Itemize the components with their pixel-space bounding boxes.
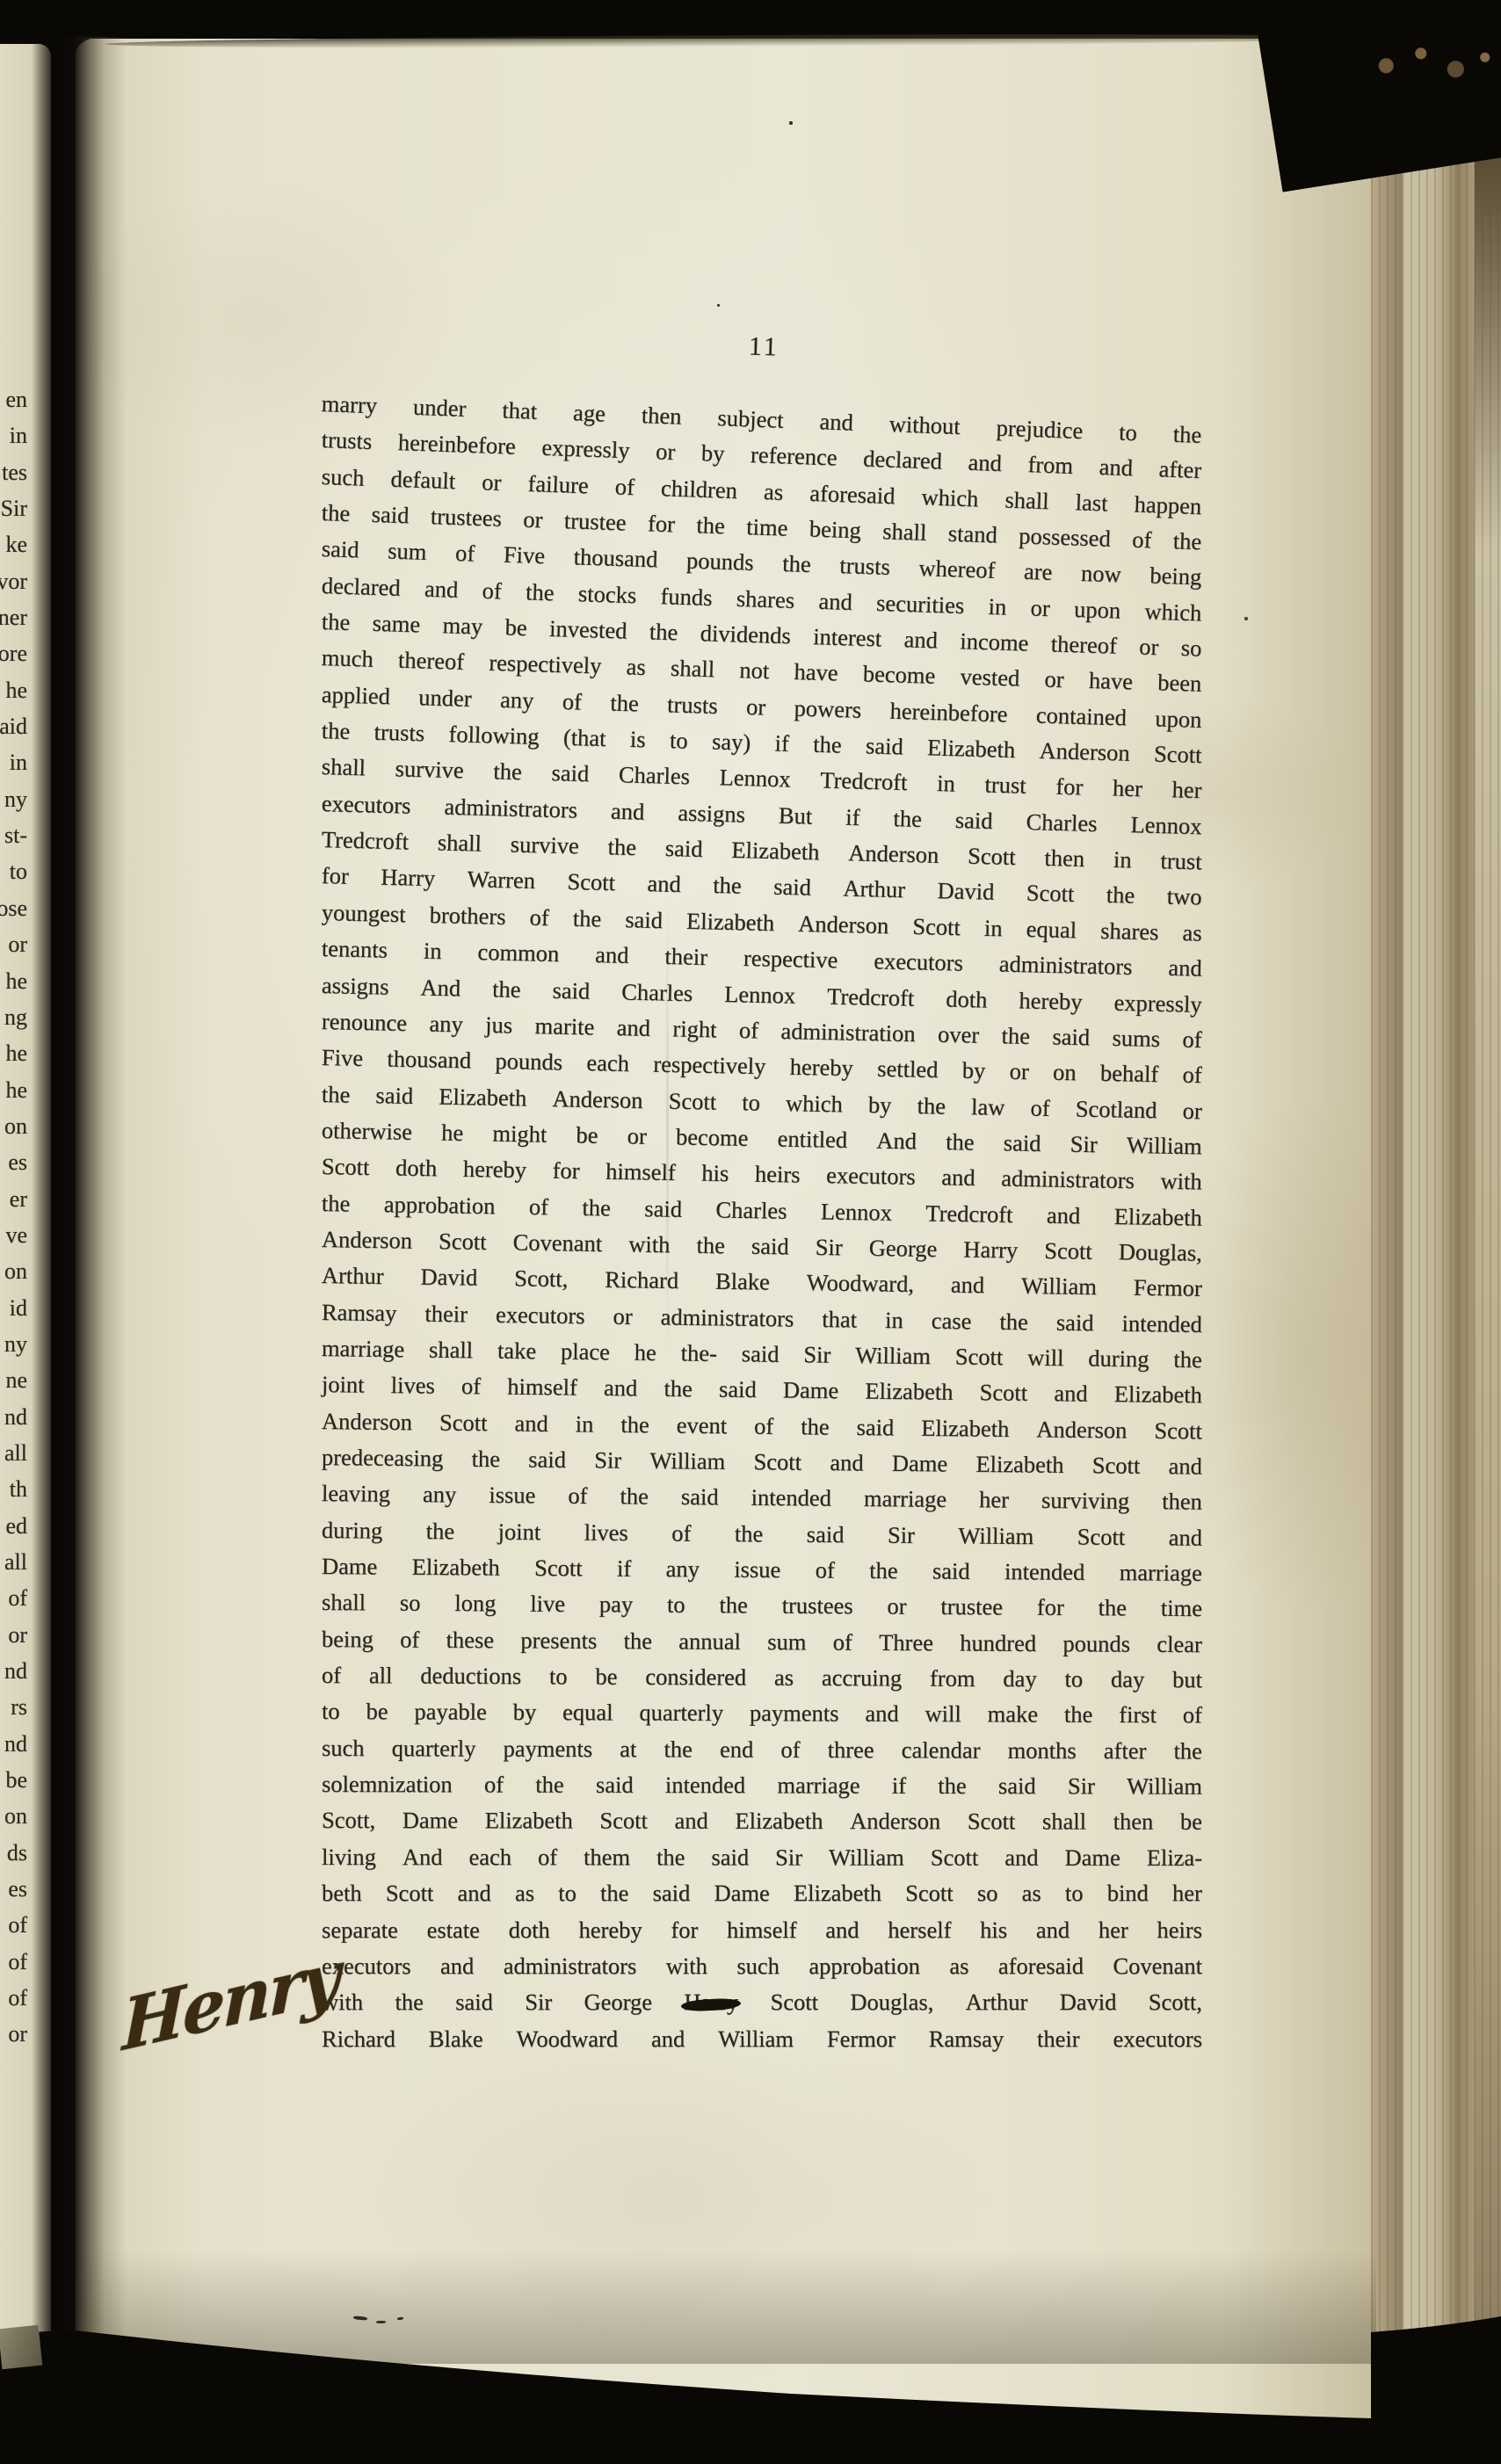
word: aforesaid [809, 480, 896, 510]
word: age [573, 400, 606, 428]
word: executors [874, 948, 963, 977]
word: behalf [1100, 1060, 1159, 1088]
word: and [595, 942, 629, 970]
backdrop-top-right [1250, 0, 1501, 192]
word: these [446, 1627, 494, 1654]
word: the [938, 1772, 966, 1800]
word: the [719, 1592, 748, 1620]
margin-fragment-39: be [0, 1762, 27, 1798]
word: the [610, 690, 639, 718]
word: Elizabeth [865, 1378, 953, 1406]
word: brothers [429, 902, 506, 931]
word: hereby [463, 1156, 527, 1184]
word: William [718, 2026, 794, 2053]
word: thousand [387, 1046, 471, 1075]
word: the [600, 1880, 628, 1907]
margin-fragment-8: ore [0, 635, 27, 671]
word: trust [1160, 848, 1202, 876]
word: equal [562, 1699, 613, 1727]
margin-fragment-11: in [0, 744, 27, 780]
margin-fragment-4: Sir [0, 490, 27, 526]
word: under [418, 684, 472, 713]
word: Harry [381, 864, 436, 893]
word: and [457, 1880, 490, 1907]
word: as [626, 654, 646, 682]
margin-fragment-7: ner [0, 599, 27, 635]
page-edge-band [1371, 51, 1403, 2336]
word: Anderson [552, 1085, 643, 1114]
word: and [1004, 1844, 1038, 1872]
scanned-book-photo: enintesSirkevorneroreheaidinnyst-tooseor… [0, 0, 1501, 2464]
margin-fragment-38: nd [0, 1726, 27, 1762]
word: thereof [1050, 631, 1117, 660]
margin-fragment-37: rs [0, 1689, 27, 1725]
word: be [595, 1663, 617, 1691]
word: happen [1134, 491, 1202, 521]
word: and [941, 1164, 975, 1192]
word: tenants [322, 936, 388, 965]
word: Douglas, [850, 1989, 933, 2016]
word: Anderson [850, 1808, 940, 1836]
word: said [866, 733, 904, 761]
word: payments [503, 1736, 592, 1763]
word: if [774, 730, 789, 757]
word: first [1119, 1702, 1157, 1729]
word: Ramsay [929, 2026, 1004, 2053]
word: her [1171, 777, 1202, 805]
word: the [395, 1989, 423, 2016]
page-edge-band [1455, 102, 1475, 2336]
ink-speck [717, 304, 720, 307]
margin-fragment-22: es [0, 1144, 27, 1180]
word: for [648, 511, 676, 539]
word: trustee [563, 508, 627, 537]
word: in [576, 1410, 594, 1438]
word: as [1182, 919, 1202, 947]
word: Arthur [322, 1263, 384, 1291]
word: solemnization [322, 1771, 453, 1798]
word: surviving [1041, 1488, 1129, 1516]
word: the [656, 1844, 685, 1871]
word: trustees [430, 503, 502, 533]
word: to [1119, 419, 1138, 447]
word: her [1172, 1880, 1202, 1907]
binding-debris [1367, 39, 1501, 88]
word: of [614, 473, 634, 501]
word: and [1169, 1524, 1203, 1551]
word: which [786, 1090, 843, 1118]
word: Dame [783, 1377, 839, 1405]
word: Scott [1154, 1417, 1202, 1446]
word: issue [734, 1556, 780, 1583]
word: Scott [599, 1808, 648, 1835]
word: herself [888, 1917, 951, 1944]
word: with [1160, 1168, 1202, 1196]
word: the [1173, 1737, 1201, 1765]
text-line-41: livingAndeachofthemthesaidSirWilliamScot… [322, 1835, 1202, 1872]
word: Sir [815, 1234, 842, 1261]
word: have [794, 659, 838, 687]
word: the [321, 717, 350, 745]
margin-fragments: enintesSirkevorneroreheaidinnyst-tooseor… [0, 381, 27, 2053]
word: Lennox [821, 1198, 892, 1226]
word: thousand [573, 544, 658, 574]
word: Richard [605, 1266, 678, 1294]
word: case [932, 1308, 972, 1336]
word: And [402, 1844, 443, 1871]
margin-fragment-19: he [0, 1035, 27, 1071]
word: Dame [714, 1880, 769, 1907]
word: the [526, 578, 555, 606]
word: following [448, 721, 540, 750]
word: approbation [809, 1953, 920, 1980]
margin-fragment-3: tes [0, 454, 27, 490]
word: Blake [429, 2026, 483, 2053]
word: so [977, 1880, 998, 1907]
word: the [620, 1483, 649, 1511]
word: But [778, 802, 812, 830]
word: the [782, 551, 811, 579]
word: hundred [960, 1629, 1036, 1657]
word: Anderson [1039, 737, 1130, 767]
word: shall [882, 518, 927, 547]
word: Elizabeth [927, 735, 1016, 765]
text-line-35: beingofthesepresentstheannualsumofThreeh… [322, 1617, 1202, 1658]
word: the [735, 1520, 764, 1547]
word: if [892, 1772, 906, 1800]
word: Scott [567, 869, 615, 897]
text-line-42: bethScottandastothesaidDameElizabethScot… [322, 1871, 1202, 1907]
word: of [568, 1482, 587, 1510]
word: be [366, 1699, 388, 1726]
word: shall [322, 1590, 366, 1617]
word: survive [510, 831, 579, 860]
word: have [1088, 668, 1133, 696]
word: of [400, 1627, 419, 1654]
word: any [665, 1555, 700, 1583]
text-line-40: Scott,DameElizabethScottandElizabethAnde… [322, 1798, 1202, 1836]
word: all [369, 1663, 393, 1690]
margin-fragment-36: nd [0, 1653, 27, 1689]
word: time [1161, 1595, 1202, 1622]
word: the [713, 873, 742, 901]
word: And [420, 974, 460, 1002]
word: and [1054, 1381, 1088, 1408]
word: intended [1004, 1558, 1084, 1586]
word: annual [678, 1628, 741, 1656]
word: or [887, 1593, 906, 1620]
word: Scott [1092, 1452, 1141, 1480]
word: the [471, 1446, 500, 1473]
word: Five [322, 1045, 364, 1073]
word: and [514, 1410, 548, 1437]
word: said [551, 760, 590, 788]
word: now [1081, 561, 1122, 589]
word: Sir [803, 1341, 830, 1368]
word: or [1009, 1058, 1029, 1085]
word: of [461, 1373, 481, 1401]
word: place [561, 1338, 610, 1366]
word: Anderson [1036, 1416, 1127, 1444]
word: of [538, 1844, 557, 1871]
word: then [1113, 1808, 1154, 1836]
margin-fragment-17: he [0, 963, 27, 999]
margin-fragment-34: of [0, 1580, 27, 1616]
word: otherwise [322, 1117, 413, 1146]
word: with [666, 1953, 707, 1980]
word: Arthur [966, 1989, 1028, 2016]
word: Elizabeth [686, 908, 775, 937]
word: is [629, 726, 646, 753]
word: of [754, 1413, 773, 1440]
word: Scott [386, 1880, 433, 1907]
word: hereinbefore [397, 430, 516, 461]
word: the [663, 1375, 692, 1402]
word: for [321, 863, 349, 891]
word: respectively [653, 1051, 766, 1081]
word: trustee [940, 1594, 1003, 1621]
word: interest [813, 624, 882, 653]
word: and [818, 588, 852, 616]
word: shall [437, 830, 482, 858]
word: the [917, 1092, 946, 1120]
word: marriage [777, 1772, 859, 1800]
word: said [711, 1844, 749, 1871]
word: hereby [1019, 987, 1083, 1016]
word: Elizabeth [975, 1451, 1063, 1479]
word: and [424, 576, 458, 604]
word: the [649, 619, 678, 647]
word: the [1001, 1022, 1030, 1050]
word: event [677, 1412, 728, 1440]
text-line-46: RichardBlakeWoodwardandWilliamFermorRams… [322, 2016, 1202, 2052]
word: Elizabeth [412, 1554, 500, 1582]
gutter-shadow [32, 37, 130, 2357]
word: of [833, 1629, 852, 1656]
margin-fragment-45: of [0, 1980, 27, 2016]
word: intended [750, 1484, 831, 1512]
word: to [322, 1699, 340, 1726]
margin-fragment-40: on [0, 1798, 27, 1834]
word: after [1158, 456, 1202, 485]
word: executors [826, 1163, 916, 1192]
word: himself [727, 1917, 797, 1944]
word: David [937, 878, 995, 907]
word: the [321, 499, 350, 527]
page-edge-band [1403, 70, 1455, 2336]
word: take [497, 1337, 537, 1366]
word: end [720, 1736, 753, 1764]
word: Scott [668, 1087, 716, 1115]
word: or [613, 1303, 633, 1330]
word: dividends [700, 620, 791, 650]
word: intended [665, 1772, 745, 1799]
word: administration [780, 1018, 916, 1047]
word: Dame [322, 1553, 378, 1580]
word: Charles [715, 1196, 787, 1224]
word: said [455, 1989, 493, 2016]
word: make [988, 1701, 1039, 1728]
word: quarterly [392, 1735, 476, 1762]
word: said [321, 536, 359, 564]
word: William [1021, 1272, 1097, 1301]
text-line-36: ofalldeductionstobeconsideredasaccruingf… [322, 1653, 1202, 1694]
word: prejudice [996, 415, 1084, 446]
ink-speck [1244, 617, 1248, 620]
word: to [670, 728, 688, 756]
word: of [455, 540, 475, 569]
word: Scott [968, 843, 1016, 871]
word: the [1172, 421, 1201, 449]
margin-fragment-1: en [0, 381, 27, 417]
word: her [979, 1487, 1009, 1514]
word: Covenant [512, 1229, 602, 1258]
word: leaving [322, 1481, 390, 1509]
text-line-34: shallsolonglivepaytothetrusteesortrustee… [322, 1580, 1202, 1622]
word: sums [1112, 1025, 1160, 1053]
word: the [1064, 1701, 1093, 1728]
margin-fragment-29: nd [0, 1399, 27, 1435]
text-line-39: solemnizationofthesaidintendedmarriageif… [322, 1762, 1202, 1801]
word: Fermor [1133, 1274, 1201, 1302]
word: and [1168, 1453, 1202, 1480]
word: in [984, 915, 1003, 942]
word: quarterly [639, 1699, 723, 1727]
word: over [938, 1021, 980, 1049]
margin-fragment-46: or [0, 2016, 27, 2052]
word: as [764, 478, 784, 506]
word: Sir [775, 1844, 802, 1872]
word: that [822, 1306, 857, 1334]
ink-speck [789, 121, 793, 125]
word: in [988, 593, 1007, 621]
word: their [424, 1301, 468, 1329]
word: said [773, 873, 811, 902]
word: intended [1121, 1310, 1202, 1338]
word: Covenant [1113, 1953, 1202, 1980]
word: Scott [979, 1380, 1027, 1408]
word: Anderson [322, 1226, 413, 1255]
word: Elizabeth [794, 1880, 881, 1907]
text-line-37: tobepayablebyequalquarterlypaymentsandwi… [322, 1689, 1202, 1729]
word: accruing [822, 1664, 902, 1692]
word: executors [1113, 2026, 1202, 2053]
margin-fragment-32: ed [0, 1508, 27, 1544]
word: then [1044, 844, 1084, 873]
word: time [746, 513, 788, 542]
word: law [971, 1093, 1005, 1121]
word: pay [599, 1591, 633, 1619]
word: being [809, 516, 861, 545]
word: himself [605, 1158, 676, 1186]
word: so [1180, 634, 1202, 663]
word: shall [1042, 1808, 1086, 1836]
word: David [1060, 1989, 1117, 2016]
word: applied [321, 681, 390, 710]
margin-fragment-5: ke [0, 526, 27, 562]
word: Charles [619, 762, 691, 791]
word: shares [736, 585, 794, 614]
word: of [482, 577, 502, 605]
word: Elizabeth [1114, 1381, 1202, 1410]
word: the [813, 731, 842, 759]
word: Scott [912, 913, 961, 941]
word: Elizabeth [921, 1415, 1009, 1443]
word: income [960, 628, 1029, 657]
word: heirs [755, 1161, 801, 1189]
word: not [739, 657, 770, 685]
word: of [739, 1017, 759, 1044]
word: bind [1107, 1880, 1149, 1907]
word: respective [743, 945, 838, 974]
page-stack-edges [1371, 51, 1501, 2336]
word: clear [1157, 1631, 1202, 1658]
word: their [664, 943, 707, 971]
margin-fragment-41: ds [0, 1835, 27, 1871]
word: the [1173, 1346, 1202, 1373]
word: sum [767, 1628, 806, 1656]
word: Lennox [719, 765, 791, 794]
margin-fragment-20: he [0, 1072, 27, 1108]
word: Scott [534, 1554, 583, 1582]
word: estate [427, 1917, 480, 1944]
word: for [1055, 773, 1084, 801]
word: marite [534, 1012, 594, 1040]
word: his [980, 1917, 1007, 1944]
word: the [623, 1627, 652, 1655]
margin-fragment-30: all [0, 1435, 27, 1471]
word: said [719, 1376, 757, 1404]
word: marriage [864, 1486, 946, 1514]
word: the [1172, 528, 1201, 556]
word: Scott, [1149, 1989, 1202, 2016]
word: funds [660, 583, 713, 612]
word: administrators [444, 794, 577, 824]
word: of [671, 1519, 691, 1547]
word: the [582, 1194, 611, 1222]
word: powers [794, 695, 861, 724]
margin-fragment-24: ve [0, 1217, 27, 1253]
word: day [1111, 1666, 1144, 1693]
word: hereby [789, 1054, 853, 1082]
word: months [1008, 1737, 1077, 1765]
word: and [951, 1272, 985, 1300]
word: And [876, 1127, 917, 1156]
word: failure [527, 470, 589, 499]
margin-fragment-28: ne [0, 1362, 27, 1398]
word: shall [1004, 487, 1049, 516]
word: he [441, 1120, 464, 1147]
word: during [1088, 1345, 1149, 1373]
word: trust [984, 772, 1026, 800]
word: to [558, 1880, 576, 1907]
word: the [492, 975, 521, 1004]
word: trusts [373, 719, 424, 748]
word: or [627, 1123, 647, 1150]
word: live [530, 1591, 565, 1618]
word: marriage [322, 1335, 405, 1363]
word: children [661, 475, 738, 504]
word: settled [877, 1055, 939, 1083]
word: of [1132, 526, 1152, 554]
word: Dame [1064, 1844, 1120, 1872]
word: the [696, 1232, 725, 1260]
word: the [322, 1081, 351, 1109]
word: Anderson [322, 1408, 412, 1436]
word: with [628, 1231, 671, 1259]
word: if [617, 1555, 631, 1583]
word: common [477, 939, 559, 968]
